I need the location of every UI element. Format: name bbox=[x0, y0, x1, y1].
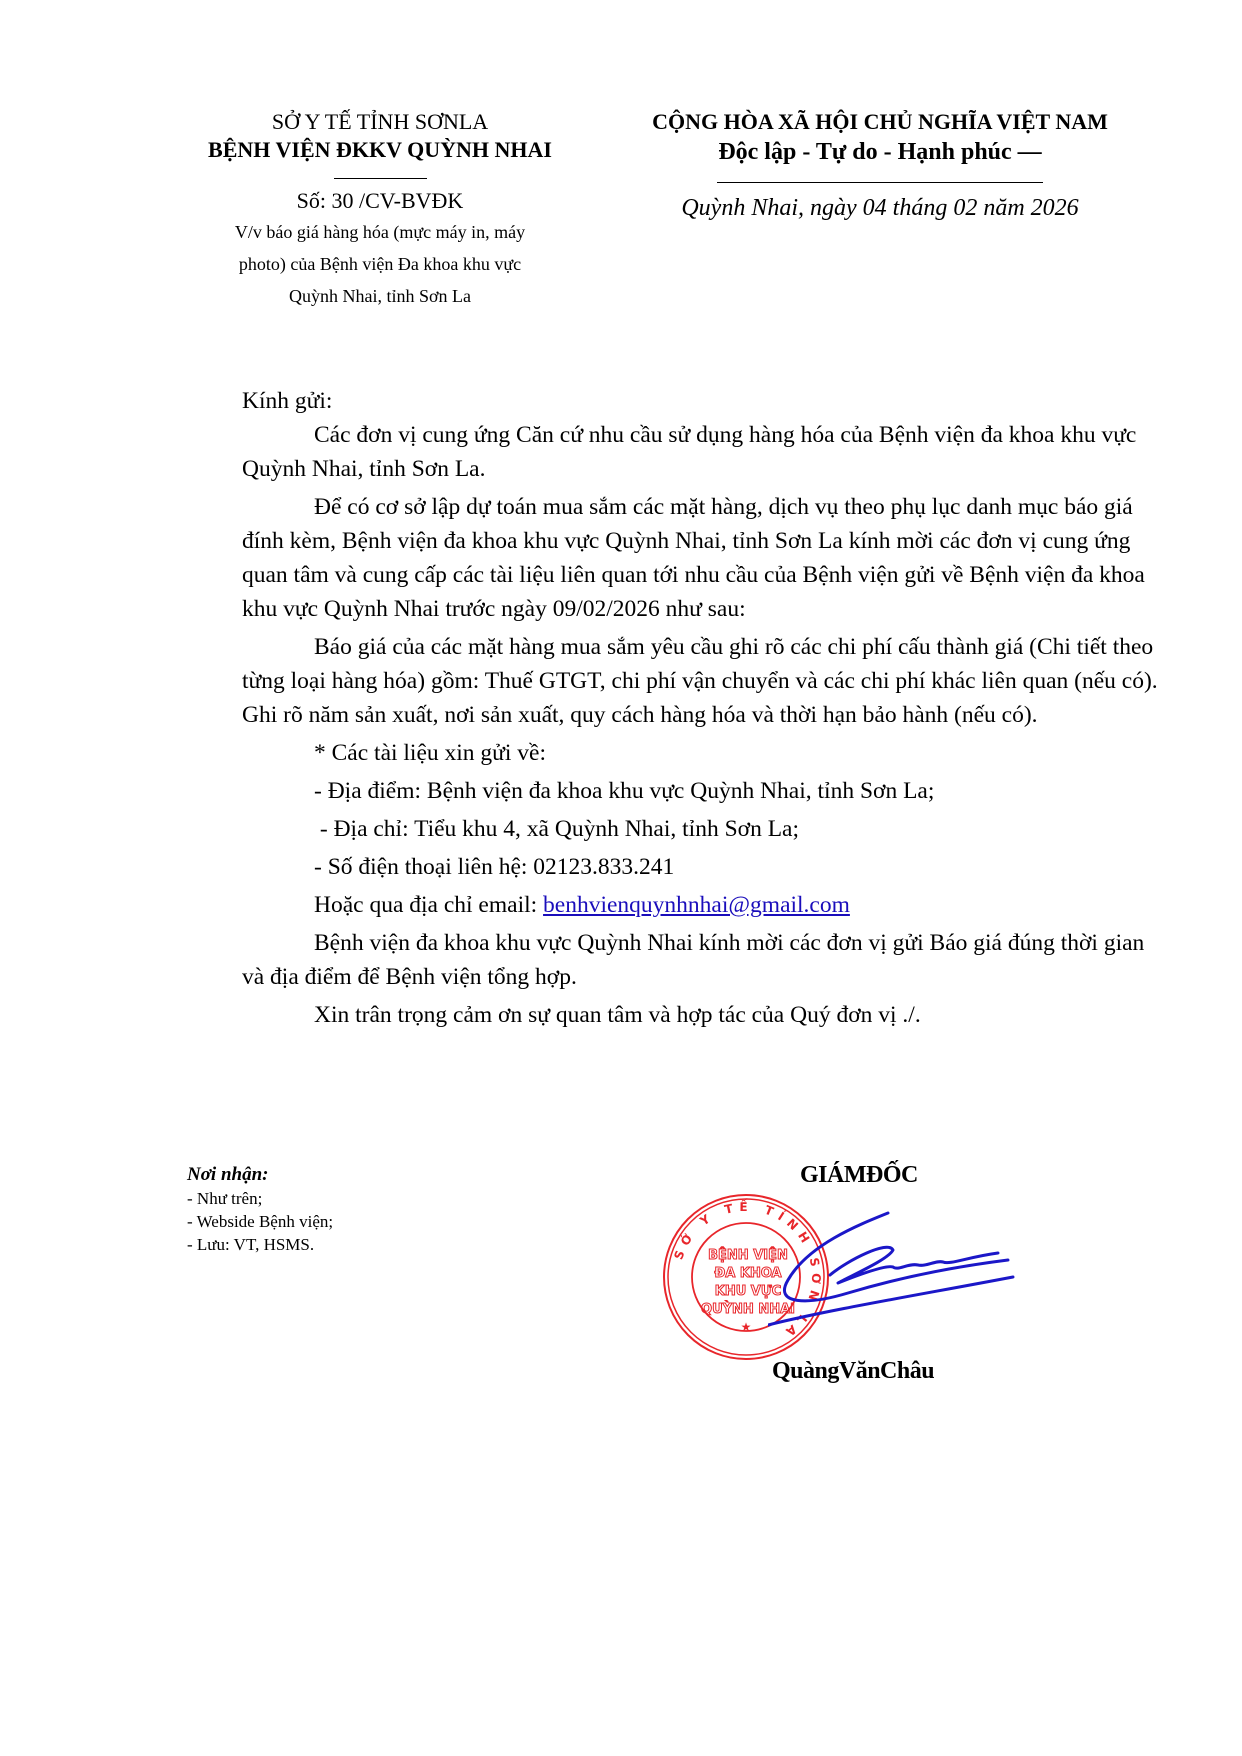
divider bbox=[334, 178, 427, 179]
paragraph: Để có cơ sở lập dự toán mua sắm các mặt … bbox=[242, 490, 1172, 626]
subject: V/v báo giá hàng hóa (mực máy in, máy ph… bbox=[160, 216, 600, 312]
email-link[interactable]: benhvienquynhnhai@gmail.com bbox=[543, 892, 850, 918]
divider bbox=[717, 182, 1043, 183]
nation-title: CỘNG HÒA XÃ HỘI CHỦ NGHĨA VIỆT NAM bbox=[610, 108, 1150, 136]
paragraph: Báo giá của các mặt hàng mua sắm yêu cầu… bbox=[242, 630, 1172, 732]
paragraph: Bệnh viện đa khoa khu vực Quỳnh Nhai kín… bbox=[242, 926, 1172, 994]
signer-name: QuàngVănChâu bbox=[772, 1358, 934, 1385]
recipient-item: - Webside Bệnh viện; bbox=[187, 1210, 333, 1233]
location-line: - Địa điểm: Bệnh viện đa khoa khu vực Qu… bbox=[242, 774, 1172, 808]
agency-name: SỞ Y TẾ TỈNH SƠNLA bbox=[160, 108, 600, 136]
closing: Xin trân trọng cảm ơn sự quan tâm và hợp… bbox=[242, 998, 1172, 1032]
organization-name: BỆNH VIỆN ĐKKV QUỲNH NHAI bbox=[160, 136, 600, 164]
document-number: Số: 30 /CV-BVĐK bbox=[160, 187, 600, 215]
motto: Độc lập - Tự do - Hạnh phúc — bbox=[610, 136, 1150, 168]
header-right: CỘNG HÒA XÃ HỘI CHỦ NGHĨA VIỆT NAM Độc l… bbox=[610, 108, 1150, 223]
documents-heading: * Các tài liệu xin gửi về: bbox=[242, 736, 1172, 770]
recipient-item: - Như trên; bbox=[187, 1187, 333, 1210]
paragraph: Các đơn vị cung ứng Căn cứ nhu cầu sử dụ… bbox=[242, 418, 1172, 486]
email-line: Hoặc qua địa chỉ email: benhvienquynhnha… bbox=[242, 888, 1172, 922]
signer-title: GIÁMĐỐC bbox=[800, 1162, 918, 1189]
recipients: Nơi nhận: - Như trên; - Webside Bệnh việ… bbox=[187, 1163, 333, 1256]
address-line: - Địa chỉ: Tiểu khu 4, xã Quỳnh Nhai, tỉ… bbox=[242, 812, 1172, 846]
salutation: Kính gửi: bbox=[242, 384, 1172, 418]
svg-text:★: ★ bbox=[741, 1320, 752, 1334]
signature-icon bbox=[768, 1205, 1028, 1345]
letter-body: Kính gửi: Các đơn vị cung ứng Căn cứ nhu… bbox=[242, 384, 1172, 1032]
phone-line: - Số điện thoại liên hệ: 02123.833.241 bbox=[242, 850, 1172, 884]
recipients-title: Nơi nhận: bbox=[187, 1163, 333, 1187]
recipient-item: - Lưu: VT, HSMS. bbox=[187, 1233, 333, 1256]
place-date: Quỳnh Nhai, ngày 04 tháng 02 năm 2026 bbox=[610, 193, 1150, 223]
header-left: SỞ Y TẾ TỈNH SƠNLA BỆNH VIỆN ĐKKV QUỲNH … bbox=[160, 108, 600, 312]
